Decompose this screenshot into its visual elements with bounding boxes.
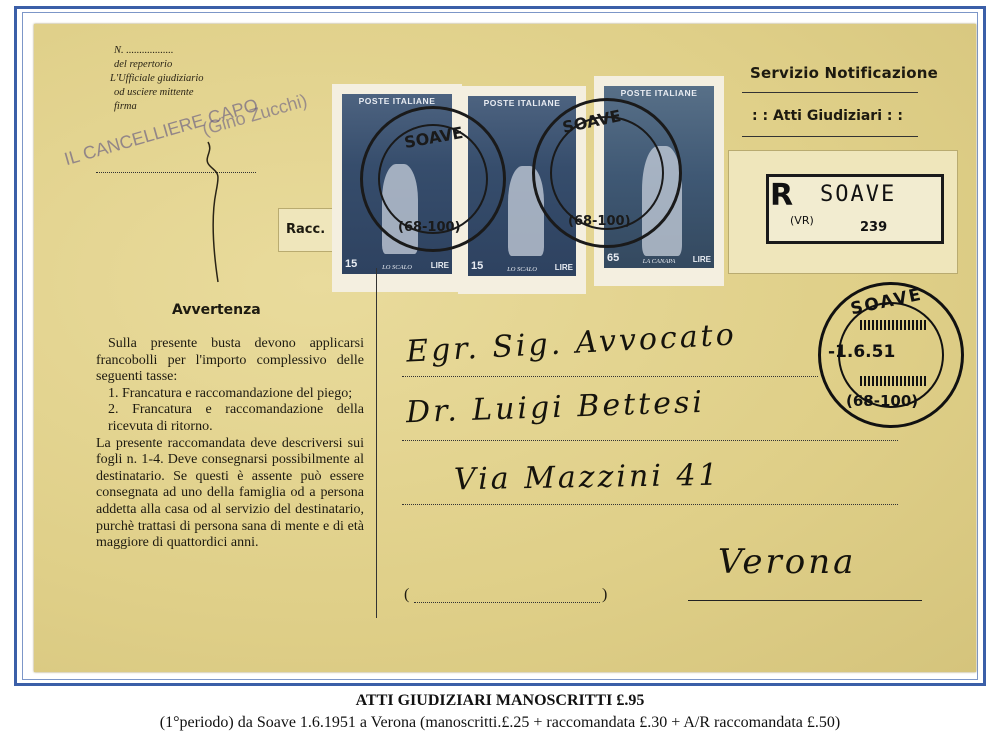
caption-subtitle: (1°periodo) da Soave 1.6.1951 a Verona (… <box>0 714 1000 732</box>
stamp-value: 65 <box>607 252 619 264</box>
stamp-caption: LA CANAPA <box>626 258 692 265</box>
cancellation-code: (68-100) <box>568 214 631 229</box>
address-underline <box>688 600 922 601</box>
sender-block: N. .................. del repertorio L'U… <box>62 44 204 114</box>
stamp-header: POSTE ITALIANE <box>468 98 576 108</box>
address-line <box>402 504 898 505</box>
warning-paragraph: 2. Francatura e raccomandazione della ri… <box>96 402 364 435</box>
sender-line: L'Ufficiale giudiziario <box>62 72 204 86</box>
vertical-divider <box>376 268 377 618</box>
address-line <box>402 376 818 377</box>
signature-scribble <box>200 132 230 292</box>
stamp-value: 15 <box>345 258 357 270</box>
service-subtitle: : : Atti Giudiziari : : <box>752 108 903 124</box>
cancellation-code: (68-100) <box>398 220 461 235</box>
stamp-currency: LIRE <box>693 255 711 264</box>
registration-letter: R <box>770 178 793 213</box>
postmark-date: -1.6.51 <box>828 342 895 362</box>
sender-line: N. .................. <box>62 44 204 58</box>
address-street: Via Mazzini 41 <box>454 458 721 498</box>
stamp-value: 15 <box>471 260 483 272</box>
divider <box>742 92 918 93</box>
stamp-header: POSTE ITALIANE <box>604 88 714 98</box>
warning-paragraph: Sulla presente busta devono applicarsi f… <box>96 336 364 386</box>
warning-text: Sulla presente busta devono applicarsi f… <box>96 336 364 552</box>
warning-paragraph: La presente raccomandata deve descrivers… <box>96 436 364 552</box>
divider <box>742 136 918 137</box>
postmark-hatching <box>860 376 926 386</box>
address-line <box>414 602 600 603</box>
caption-title: ATTI GIUDIZIARI MANOSCRITTI £.95 <box>0 692 1000 710</box>
signature-line <box>96 172 256 173</box>
sender-line: od usciere mittente <box>62 86 204 100</box>
warning-title: Avvertenza <box>172 302 261 318</box>
service-title: Servizio Notificazione <box>750 64 938 82</box>
province-paren-open: ( <box>404 586 409 604</box>
registration-number: 239 <box>860 220 887 235</box>
stamp-header: POSTE ITALIANE <box>342 96 452 106</box>
address-city: Verona <box>718 542 856 582</box>
stamp-caption: LO SCALO <box>490 266 554 273</box>
address-line <box>402 440 898 441</box>
registration-town: SOAVE <box>820 182 896 207</box>
sender-line: del repertorio <box>62 58 204 72</box>
postmark-code: (68-100) <box>846 392 918 410</box>
warning-paragraph: 1. Francatura e raccomandazione del pieg… <box>96 386 364 403</box>
registration-province: (VR) <box>790 214 814 227</box>
racc-label: Racc. <box>286 222 325 237</box>
postmark-hatching <box>860 320 926 330</box>
stamp-caption: LO SCALO <box>364 264 430 271</box>
sender-line: firma <box>62 100 204 114</box>
stamp-currency: LIRE <box>555 263 573 272</box>
province-paren-close: ) <box>602 586 607 604</box>
stamp-currency: LIRE <box>431 261 449 270</box>
